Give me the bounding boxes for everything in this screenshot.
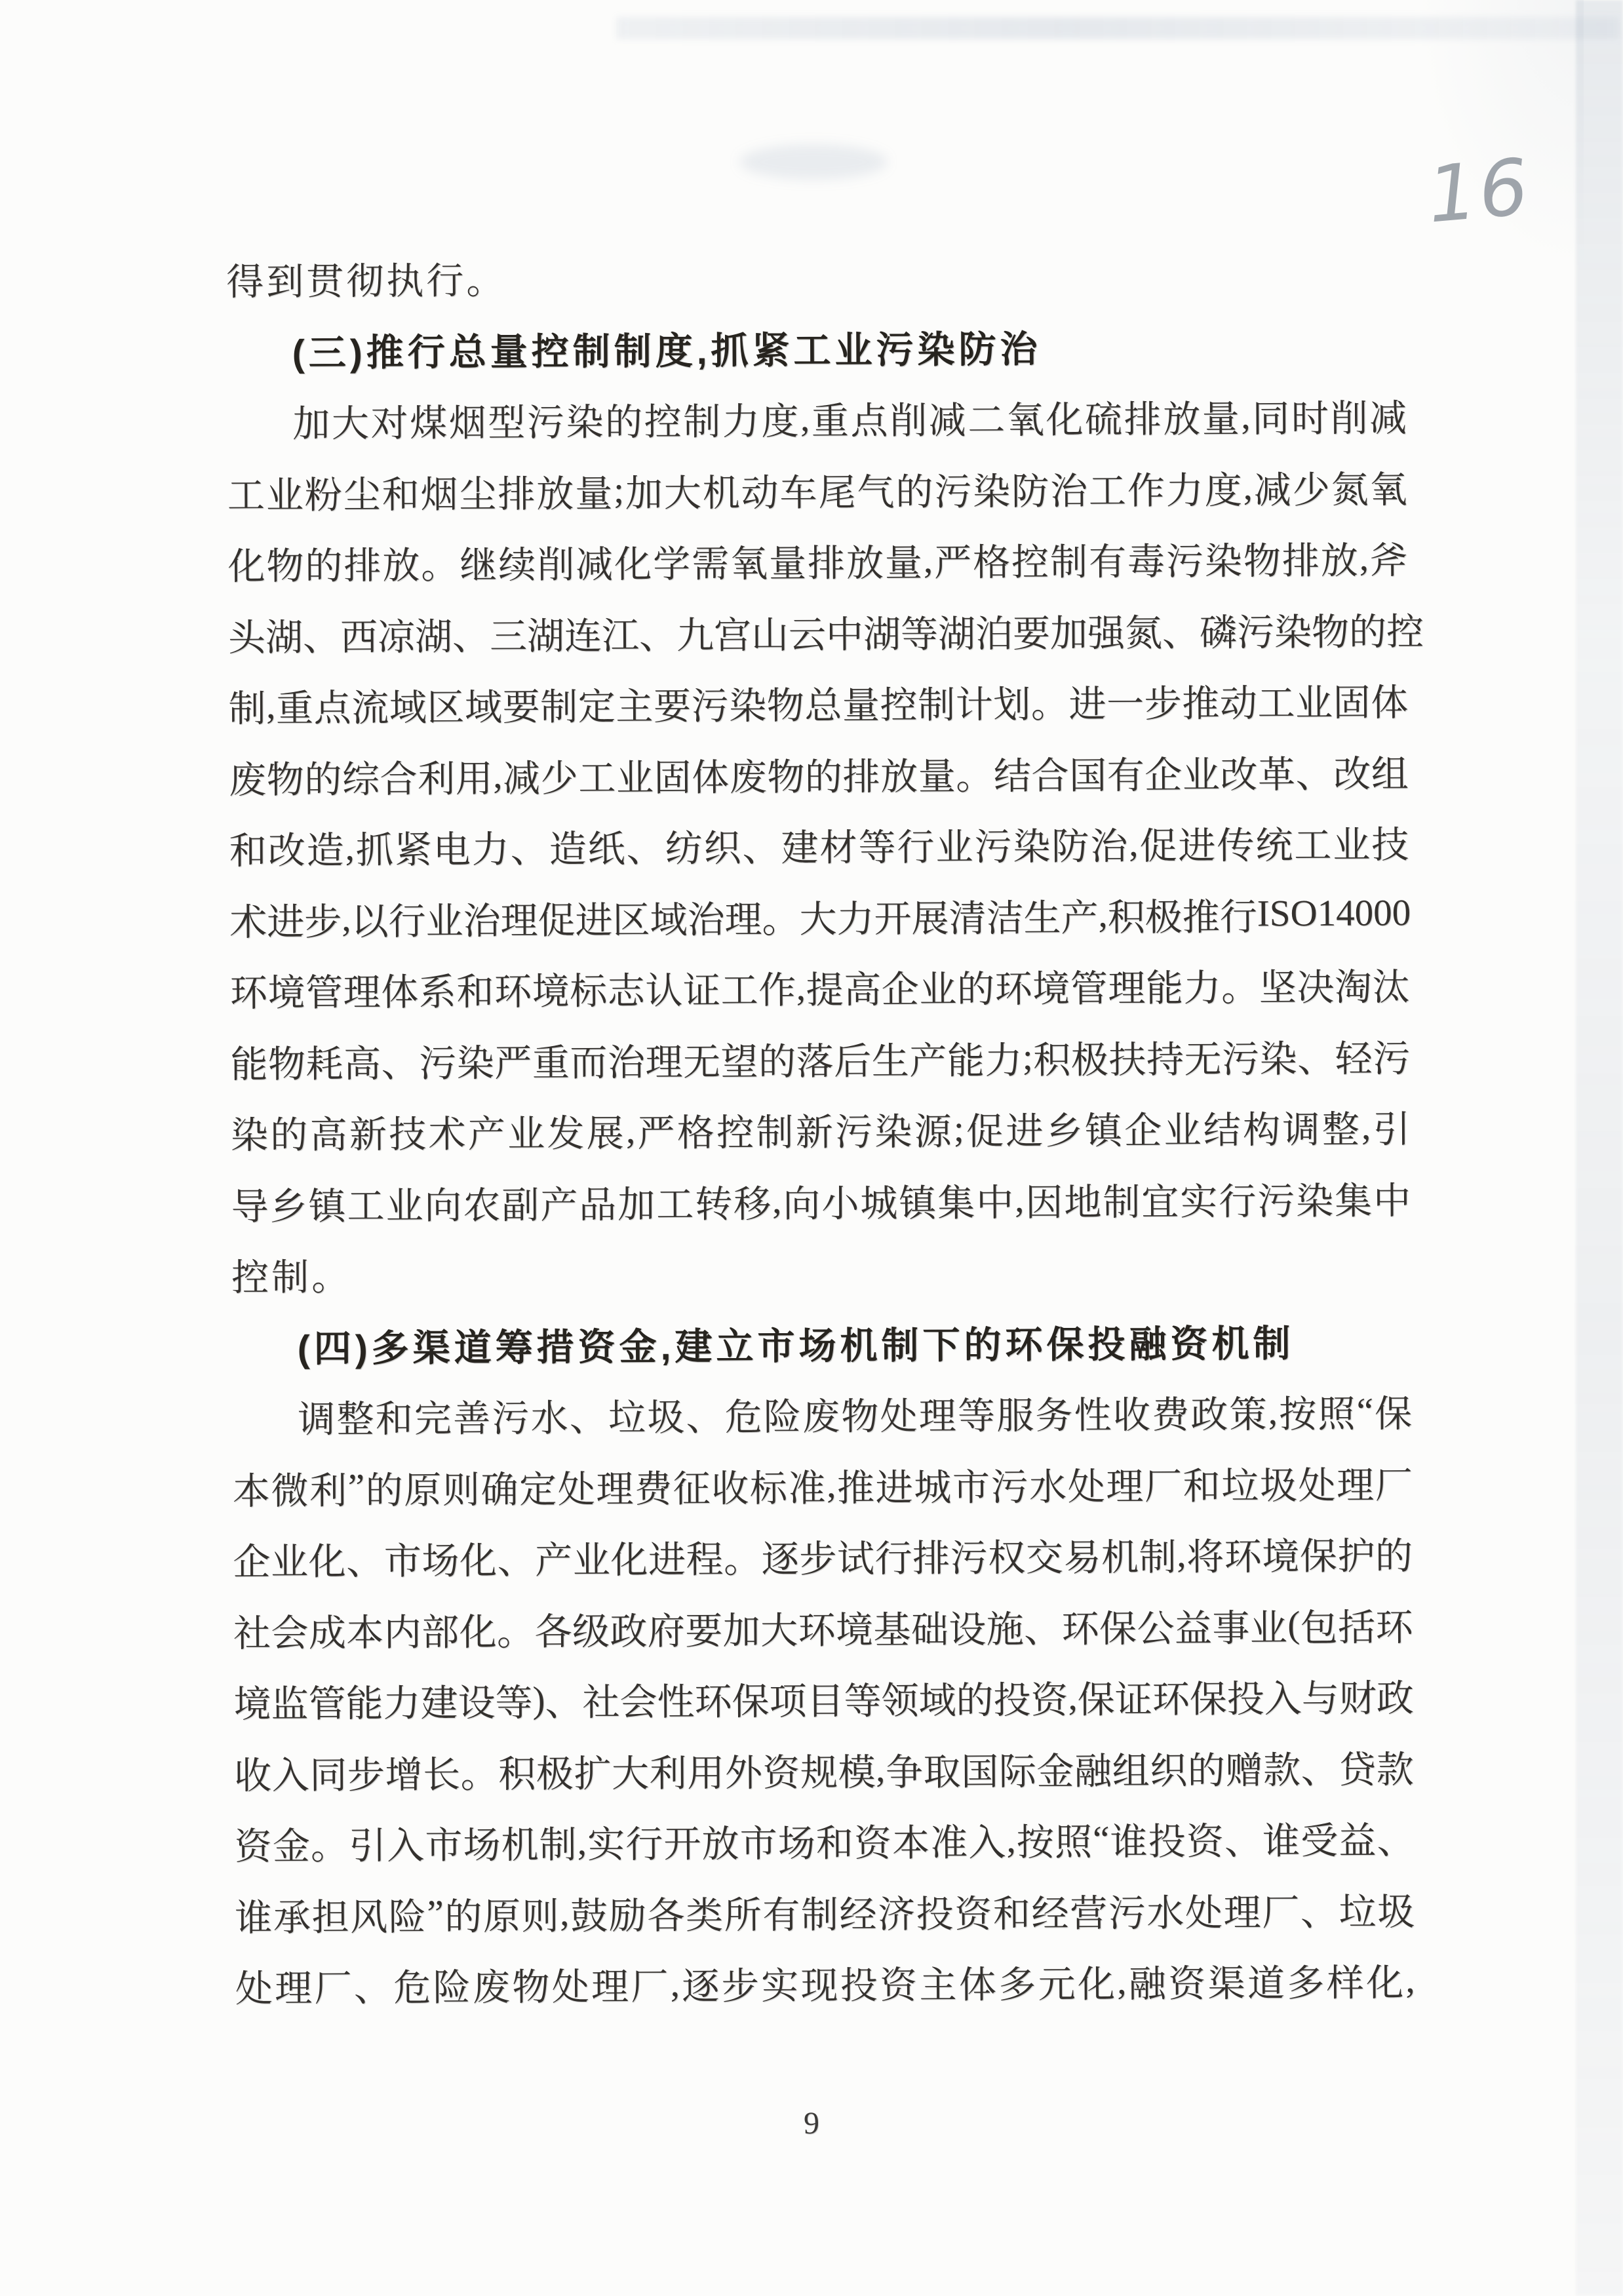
section-heading: (三)推行总量控制制度,抓紧工业污染防治 <box>226 309 1407 386</box>
text-line: 化物的排放。继续削减化学需氧量排放量,严格控制有毒污染物排放,斧 <box>227 522 1408 599</box>
text-line: 染的高新技术产业发展,严格控制新污染源;促进乡镇企业结构调整,引 <box>231 1091 1411 1168</box>
text-line: 企业化、市场化、产业化进程。逐步试行排污权交易机制,将环境保护的 <box>233 1517 1413 1595</box>
text-line: 环境管理体系和环境标志认证工作,提高企业的环境管理能力。坚决淘汰 <box>230 948 1411 1026</box>
page-number: 9 <box>0 2105 1623 2141</box>
text-line: 得到贯彻执行。 <box>226 237 1407 315</box>
text-line: 导乡镇工业向农副产品加工转移,向小城镇集中,因地制宜实行污染集中 <box>231 1162 1411 1239</box>
text-line: 本微利”的原则确定处理费征收标准,推进城市污水处理厂和垃圾处理厂 <box>233 1447 1413 1524</box>
text-line: 能物耗高、污染严重而治理无望的落后生产能力;积极扶持无污染、轻污 <box>230 1020 1411 1097</box>
text-line: 资金。引入市场机制,实行开放市场和资本准入,按照“谁投资、谁受益、 <box>234 1802 1415 1879</box>
text-line: 境监管能力建设等)、社会性环保项目等领域的投资,保证环保投入与财政 <box>233 1660 1414 1737</box>
text-line: 加大对煤烟型污染的控制力度,重点削减二氧化硫排放量,同时削减 <box>227 379 1407 457</box>
text-line: 废物的综合利用,减少工业固体废物的排放量。结合国有企业改革、改组 <box>229 735 1409 813</box>
scan-smudge <box>739 144 888 180</box>
text-line: 制,重点流域区域要制定主要污染物总量控制计划。进一步推动工业固体 <box>228 664 1409 741</box>
document-text-block: 得到贯彻执行。(三)推行总量控制制度,抓紧工业污染防治加大对煤烟型污染的控制力度… <box>226 237 1415 2021</box>
text-line: 调整和完善污水、垃圾、危险废物处理等服务性收费政策,按照“保 <box>232 1375 1413 1452</box>
scan-edge-shade <box>1576 0 1623 2296</box>
scan-noise-top <box>616 17 1619 39</box>
handwritten-page-number: 16 <box>1424 147 1533 233</box>
scanned-page: 16 得到贯彻执行。(三)推行总量控制制度,抓紧工业污染防治加大对煤烟型污染的控… <box>0 0 1623 2296</box>
text-line: 谁承担风险”的原则,鼓励各类所有制经济投资和经营污水处理厂、垃圾 <box>235 1873 1415 1951</box>
text-line: 和改造,抓紧电力、造纸、纺织、建材等行业污染防治,促进传统工业技 <box>229 806 1409 884</box>
text-line: 头湖、西凉湖、三湖连江、九宫山云中湖等湖泊要加强氮、磷污染物的控 <box>228 593 1409 671</box>
section-heading: (四)多渠道筹措资金,建立市场机制下的环保投融资机制 <box>231 1304 1412 1382</box>
text-line: 控制。 <box>231 1233 1412 1310</box>
text-line: 收入同步增长。积极扩大利用外资规模,争取国际金融组织的赠款、贷款 <box>234 1731 1415 1808</box>
text-line: 术进步,以行业治理促进区域治理。大力开展清洁生产,积极推行ISO14000 <box>229 878 1410 955</box>
text-line: 社会成本内部化。各级政府要加大环境基础设施、环保公益事业(包括环 <box>233 1589 1414 1666</box>
text-line: 处理厂、危险废物处理厂,逐步实现投资主体多元化,融资渠道多样化, <box>235 1944 1416 2021</box>
text-line: 工业粉尘和烟尘排放量;加大机动车尾气的污染防治工作力度,减少氮氧 <box>227 451 1408 528</box>
